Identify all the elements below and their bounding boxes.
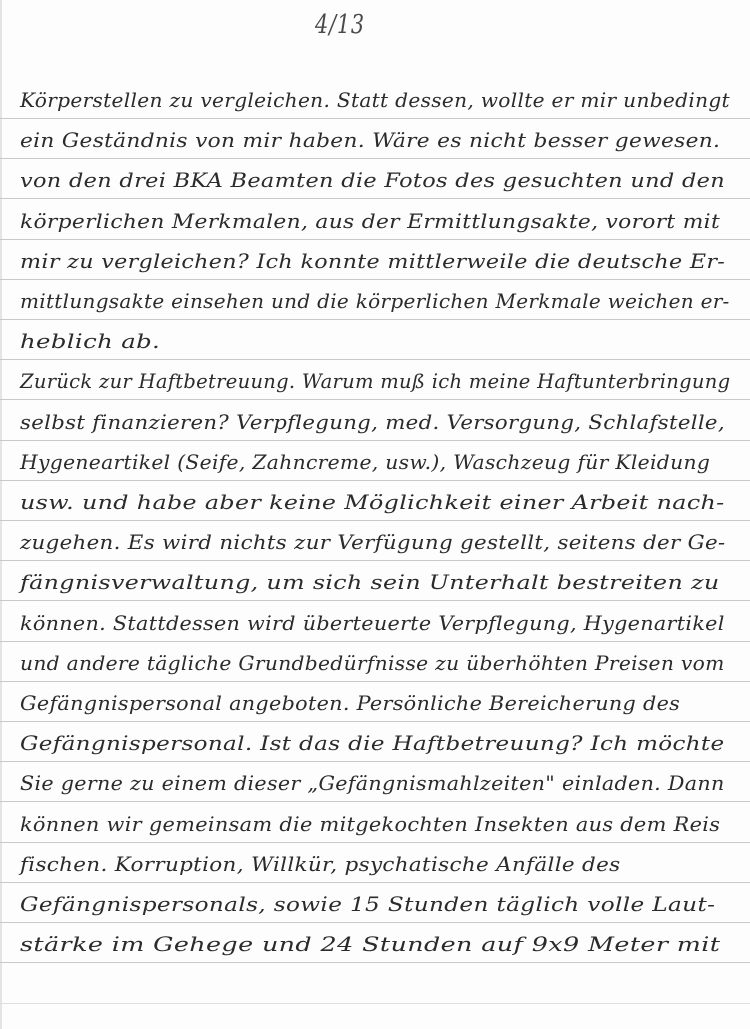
- handwritten-line: selbst finanzieren? Verpflegung, med. Ve…: [20, 404, 725, 440]
- handwritten-line: fischen. Korruption, Willkür, psychatisc…: [20, 846, 620, 882]
- handwritten-line: heblich ab.: [20, 323, 160, 359]
- handwritten-line: fängnisverwaltung, um sich sein Unterhal…: [20, 564, 719, 600]
- handwritten-line: Gefängnispersonal angeboten. Persönliche…: [20, 685, 680, 721]
- handwritten-line: und andere tägliche Grundbedürfnisse zu …: [20, 645, 725, 681]
- handwritten-line: Gefängnispersonal. Ist das die Haftbetre…: [20, 725, 725, 761]
- ruled-line: [0, 399, 750, 400]
- handwritten-line: Hygeneartikel (Seife, Zahncreme, usw.), …: [20, 444, 710, 480]
- ruled-line: [0, 1003, 750, 1004]
- handwritten-line: von den drei BKA Beamten die Fotos des g…: [20, 162, 725, 198]
- handwritten-line: können wir gemeinsam die mitgekochten In…: [20, 806, 720, 842]
- handwritten-line: zugehen. Es wird nichts zur Verfügung ge…: [20, 524, 725, 560]
- ruled-line: [0, 560, 750, 561]
- page-number: 4/13: [68, 10, 612, 40]
- ruled-line: [0, 801, 750, 802]
- ruled-line: [0, 721, 750, 722]
- handwritten-line: Zurück zur Haftbetreuung. Warum muß ich …: [20, 363, 730, 399]
- ruled-line: [0, 239, 750, 240]
- ruled-line: [0, 279, 750, 280]
- ruled-line: [0, 520, 750, 521]
- handwritten-line: ein Geständnis von mir haben. Wäre es ni…: [20, 122, 720, 158]
- handwritten-line: mir zu vergleichen? Ich konnte mittlerwe…: [20, 243, 725, 279]
- ruled-line: [0, 198, 750, 199]
- ruled-line: [0, 681, 750, 682]
- ruled-line: [0, 158, 750, 159]
- ruled-line: [0, 761, 750, 762]
- ruled-line: [0, 600, 750, 601]
- handwritten-line: stärke im Gehege und 24 Stunden auf 9x9 …: [20, 926, 720, 962]
- paper-left-edge: [0, 0, 2, 1029]
- handwritten-line: Körperstellen zu vergleichen. Statt dess…: [20, 82, 730, 118]
- ruled-line: [0, 641, 750, 642]
- ruled-line: [0, 962, 750, 963]
- handwritten-line: körperlichen Merkmalen, aus der Ermittlu…: [20, 203, 720, 239]
- ruled-line: [0, 922, 750, 923]
- handwritten-letter-page: 4/13 Körperstellen zu vergleichen. Statt…: [0, 0, 750, 1029]
- handwritten-line: können. Stattdessen wird überteuerte Ver…: [20, 605, 725, 641]
- handwritten-line: Gefängnispersonals, sowie 15 Stunden täg…: [20, 886, 715, 922]
- ruled-line: [0, 319, 750, 320]
- ruled-line: [0, 480, 750, 481]
- handwritten-line: usw. und habe aber keine Möglichkeit ein…: [20, 484, 725, 520]
- handwritten-line: mittlungsakte einsehen und die körperlic…: [20, 283, 730, 319]
- ruled-line: [0, 118, 750, 119]
- handwritten-line: Sie gerne zu einem dieser „Gefängnismahl…: [20, 765, 725, 801]
- ruled-line: [0, 882, 750, 883]
- ruled-line: [0, 842, 750, 843]
- ruled-line: [0, 440, 750, 441]
- ruled-line: [0, 359, 750, 360]
